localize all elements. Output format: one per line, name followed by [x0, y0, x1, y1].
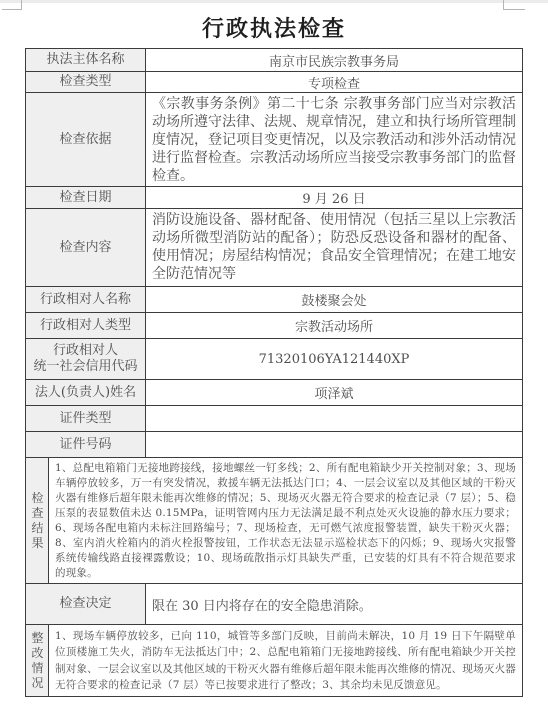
row-label: 证件号码: [26, 432, 146, 457]
top-edge-strip: [0, 0, 548, 3]
table-row-id-number: 证件号码: [26, 431, 522, 457]
corner-mark-left: [2, 0, 22, 10]
row-label: 行政相对人类型: [26, 313, 146, 338]
row-value: 1、总配电箱箱门无接地跨接线，接地螺丝一钉多线；2、所有配电箱缺少开关控制对象；…: [49, 458, 522, 583]
row-label: 行政相对人 统一社会信用代码: [26, 339, 146, 379]
table-row-counterpart-name: 行政相对人名称 鼓楼聚会处: [26, 286, 522, 312]
row-value: 限在 30 日内将存在的安全隐患消除。: [146, 584, 522, 624]
row-value: [146, 406, 522, 431]
page-title: 行政执法检查: [0, 12, 548, 43]
table-row-inspection-decision: 检查决定 限在 30 日内将存在的安全隐患消除。: [26, 583, 522, 624]
row-label: 检查结果: [26, 458, 49, 583]
table-row-inspection-content: 检查内容 消防设施设备、器材配备、使用情况（包括三星以上宗教活动场所微型消防站的…: [26, 208, 522, 286]
row-value: 专项检查: [146, 72, 522, 92]
row-value: 9 月 26 日: [146, 187, 522, 208]
row-value: 鼓楼聚会处: [146, 287, 522, 312]
row-value: 南京市民族宗教事务局: [146, 49, 522, 71]
row-label: 检查类型: [26, 72, 146, 92]
row-value: 71320106YA121440XP: [146, 339, 522, 379]
row-value: 项泽斌: [146, 380, 522, 405]
table-row-inspection-basis: 检查依据 《宗教事务条例》第二十七条 宗教事务部门应当对宗教活动场所遵守法律、法…: [26, 92, 522, 186]
table-row-legal-person: 法人(负责人)姓名 项泽斌: [26, 379, 522, 405]
table-row-enforcement-body: 执法主体名称 南京市民族宗教事务局: [26, 49, 522, 71]
document-page: 行政执法检查 执法主体名称 南京市民族宗教事务局 检查类型 专项检查 检查依据 …: [0, 0, 548, 728]
row-value: [146, 432, 522, 457]
corner-mark-right: [503, 0, 525, 10]
table-row-id-type: 证件类型: [26, 405, 522, 431]
table-row-counterpart-type: 行政相对人类型 宗教活动场所: [26, 312, 522, 338]
row-label: 检查日期: [26, 187, 146, 208]
row-label: 整改情况: [26, 625, 49, 696]
table-row-credit-code: 行政相对人 统一社会信用代码 71320106YA121440XP: [26, 338, 522, 379]
row-label: 检查依据: [26, 93, 146, 186]
row-value: 宗教活动场所: [146, 313, 522, 338]
table-row-inspection-type: 检查类型 专项检查: [26, 71, 522, 92]
row-value: 《宗教事务条例》第二十七条 宗教事务部门应当对宗教活动场所遵守法律、法规、规章情…: [146, 93, 522, 186]
row-label: 法人(负责人)姓名: [26, 380, 146, 405]
row-label: 行政相对人名称: [26, 287, 146, 312]
row-label: 执法主体名称: [26, 49, 146, 71]
table-row-inspection-date: 检查日期 9 月 26 日: [26, 186, 522, 208]
row-value: 1、现场车辆停放较多，已向 110，城管等多部门反映，目前尚未解决，10 月 1…: [49, 625, 522, 696]
row-label: 证件类型: [26, 406, 146, 431]
table-row-rectification-status: 整改情况 1、现场车辆停放较多，已向 110，城管等多部门反映，目前尚未解决，1…: [26, 624, 522, 696]
row-label: 检查内容: [26, 209, 146, 286]
inspection-form-table: 执法主体名称 南京市民族宗教事务局 检查类型 专项检查 检查依据 《宗教事务条例…: [25, 48, 523, 697]
row-label: 检查决定: [26, 584, 146, 624]
table-row-inspection-result: 检查结果 1、总配电箱箱门无接地跨接线，接地螺丝一钉多线；2、所有配电箱缺少开关…: [26, 457, 522, 583]
row-value: 消防设施设备、器材配备、使用情况（包括三星以上宗教活动场所微型消防站的配备）；防…: [146, 209, 522, 286]
